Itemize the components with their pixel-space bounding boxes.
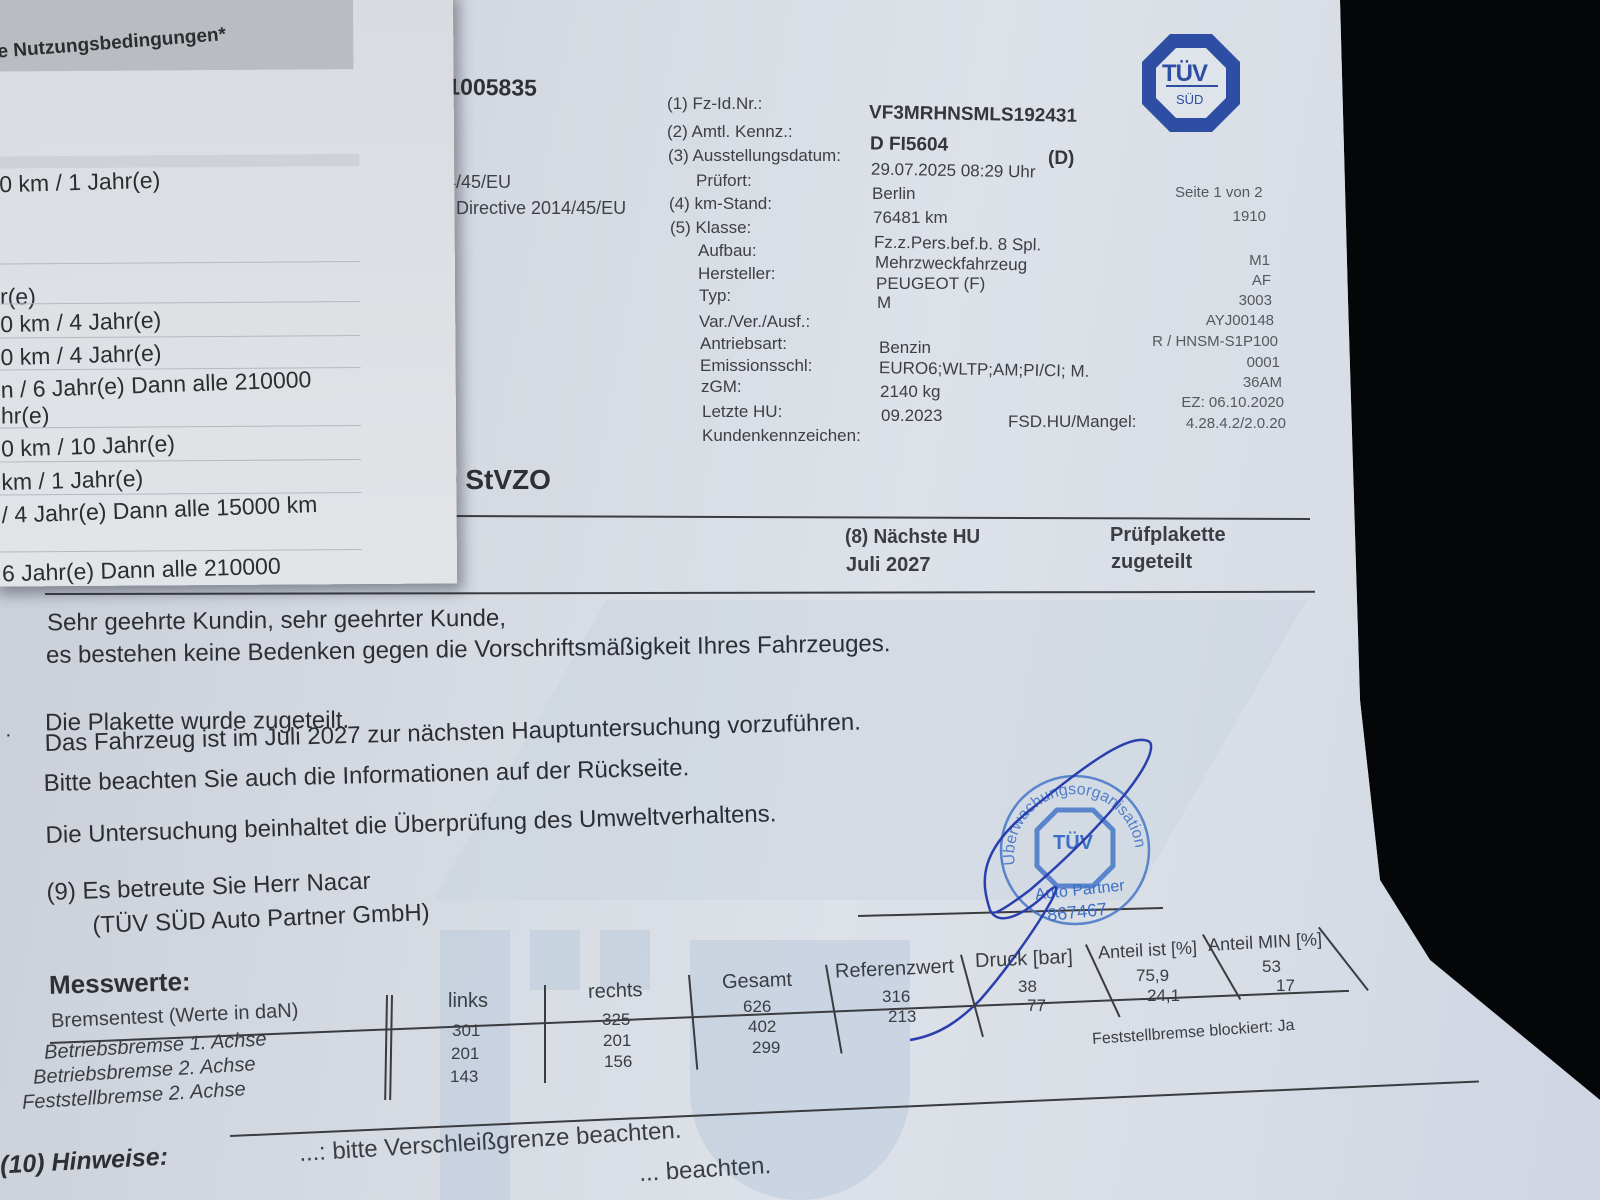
- bullet: ·: [5, 724, 12, 747]
- label-variante: Var./Ver./Ausf.:: [699, 312, 810, 332]
- code-m1: M1: [1249, 252, 1270, 269]
- code-ayj: AYJ00148: [1206, 312, 1274, 329]
- cell-referenz: 213: [888, 1007, 916, 1027]
- sheet-line: 0 km / 10 Jahr(e): [1, 430, 176, 462]
- cell-referenz: 316: [882, 987, 910, 1007]
- logo-tuv-text: TÜV: [1162, 60, 1207, 88]
- cell-links: 301: [452, 1021, 480, 1041]
- plakette-line-1: Prüfplakette: [1110, 524, 1226, 547]
- code-ez: EZ: 06.10.2020: [1181, 394, 1284, 411]
- cell-gesamt: 299: [752, 1038, 780, 1058]
- sheet-line: / 4 Jahr(e) Dann alle 15000 km: [1, 491, 318, 529]
- sheet-line: 0 km / 4 Jahr(e): [0, 340, 162, 371]
- col-druck: Druck [bar]: [975, 946, 1074, 973]
- value-pruefort: Berlin: [872, 184, 915, 204]
- value-kennzeichen: D FI5604: [870, 133, 949, 156]
- plakette-line-2: zugeteilt: [1111, 551, 1192, 574]
- cell-gesamt: 402: [748, 1017, 776, 1037]
- cell-rechts: 156: [604, 1052, 632, 1072]
- sheet-line: 0 km / 1 Jahr(e): [0, 167, 161, 198]
- value-aufbau: Mehrzweckfahrzeug: [875, 253, 1027, 276]
- label-letzte-hu: Letzte HU:: [702, 402, 782, 422]
- value-zgm: 2140 kg: [880, 382, 941, 402]
- watermark-shape: [530, 930, 580, 990]
- next-hu-value: Juli 2027: [846, 554, 931, 577]
- value-typ: M: [877, 293, 891, 313]
- label-hersteller: Hersteller:: [698, 264, 775, 284]
- cell-gesamt: 626: [743, 997, 771, 1017]
- code-0001: 0001: [1247, 354, 1280, 371]
- sheet-line: km / 1 Jahr(e): [1, 465, 144, 496]
- code-3003: 3003: [1239, 292, 1272, 309]
- code-1910: 1910: [1233, 208, 1266, 225]
- cell-links: 143: [450, 1067, 478, 1087]
- label-aufbau: Aufbau:: [698, 241, 757, 261]
- label-zgm: zGM:: [701, 377, 742, 397]
- page-info: Seite 1 von 2: [1175, 184, 1263, 201]
- label-emissionsschl: Emissionsschl:: [700, 356, 812, 376]
- label-fz-id: (1) Fz-Id.Nr.:: [667, 94, 762, 114]
- col-links: links: [448, 990, 488, 1013]
- label-fsd-mangel: FSD.HU/Mangel:: [1008, 412, 1136, 432]
- code-af: AF: [1252, 272, 1271, 289]
- value-ausstellungsdatum: 29.07.2025 08:29 Uhr: [871, 160, 1036, 183]
- value-emissionsschl: EURO6;WLTP;AM;PI/CI; M.: [879, 358, 1090, 382]
- cell-rechts: 325: [602, 1010, 630, 1030]
- value-hersteller: PEUGEOT (F): [876, 274, 985, 294]
- code-mangel: 4.28.4.2/2.0.20: [1186, 415, 1286, 432]
- logo-sud-text: SÜD: [1176, 92, 1203, 107]
- label-typ: Typ:: [699, 286, 731, 306]
- next-hu-label: (8) Nächste HU: [845, 526, 980, 549]
- tuv-sud-logo: TÜV SÜD: [1138, 30, 1244, 136]
- cell-anteil-ist: 75,9: [1136, 966, 1169, 986]
- label-pruefort: Prüfort:: [696, 171, 752, 191]
- cell-druck: 77: [1027, 996, 1046, 1016]
- code-hnsm: R / HNSM-S1P100: [1152, 333, 1278, 350]
- col-gesamt: Gesamt: [722, 969, 793, 994]
- sheet-line: 0 km / 4 Jahr(e): [0, 307, 162, 338]
- label-km-stand: (4) km-Stand:: [669, 194, 772, 214]
- value-km-stand: 76481 km: [873, 208, 948, 228]
- label-kundenkennzeichen: Kundenkennzeichen:: [702, 426, 861, 446]
- directive-line-2: to Directive 2014/45/EU: [436, 198, 626, 219]
- letter-greeting: Sehr geehrte Kundin, sehr geehrter Kunde…: [47, 605, 506, 638]
- code-36am: 36AM: [1243, 374, 1282, 391]
- cell-rechts: 201: [603, 1031, 631, 1051]
- col-rechts: rechts: [588, 979, 643, 1004]
- sheet-line: r(e): [0, 283, 36, 310]
- value-antriebsart: Benzin: [879, 338, 931, 358]
- section-title-stvzo: 9 StVZO: [442, 464, 551, 496]
- cell-anteil-min: 53: [1262, 957, 1281, 977]
- overlapping-sheet: e Nutzungsbedingungen* 0 km / 1 Jahr(e) …: [0, 0, 457, 587]
- measurements-title: Messwerte:: [49, 966, 191, 1001]
- watermark-shape: [440, 930, 510, 1200]
- value-klasse: Fz.z.Pers.bef.b. 8 Spl.: [874, 233, 1042, 256]
- value-country: (D): [1048, 148, 1074, 170]
- cell-druck: 38: [1018, 977, 1037, 997]
- value-letzte-hu: 09.2023: [881, 406, 942, 426]
- label-ausstellungsdatum: (3) Ausstellungsdatum:: [668, 146, 841, 166]
- sheet-line: 6 Jahr(e) Dann alle 210000: [2, 553, 281, 588]
- label-antriebsart: Antriebsart:: [700, 334, 787, 354]
- cell-anteil-ist: 24,1: [1147, 986, 1180, 1006]
- cell-links: 201: [451, 1044, 479, 1064]
- sheet-line: hr(e): [1, 402, 50, 429]
- label-kennzeichen: (2) Amtl. Kennz.:: [667, 122, 793, 142]
- sheet-line: n / 6 Jahr(e) Dann alle 210000: [0, 366, 311, 404]
- value-fz-id: VF3MRHNSMLS192431: [869, 102, 1077, 128]
- table-vrule: [544, 985, 546, 1083]
- cell-anteil-min: 17: [1276, 976, 1295, 996]
- label-klasse: (5) Klasse:: [670, 218, 751, 238]
